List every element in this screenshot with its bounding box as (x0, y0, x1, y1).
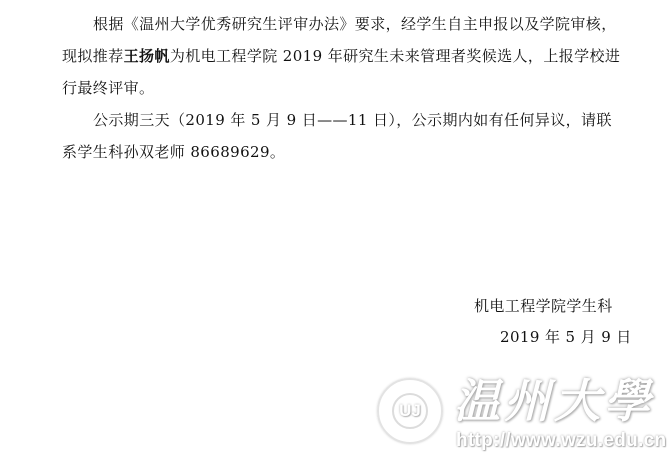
emblem-glyph: UJ (392, 393, 428, 429)
signature-department: 机电工程学院学生科 (474, 290, 613, 322)
signature-date: 2019 年 5 月 9 日 (500, 321, 632, 353)
university-emblem-icon: UJ (377, 378, 443, 444)
notice-paragraph-publicity: 公示期三天（2019 年 5 月 9 日——11 日），公示期内如有任何异议，请… (62, 104, 622, 168)
candidate-name: 王扬帆 (124, 47, 170, 65)
notice-paragraph-recommendation: 根据《温州大学优秀研究生评审办法》要求，经学生自主申报以及学院审核，现拟推荐王扬… (62, 8, 622, 104)
notice-body: 根据《温州大学优秀研究生评审办法》要求，经学生自主申报以及学院审核，现拟推荐王扬… (62, 8, 622, 168)
university-url: http://www.wzu.edu.cn (456, 430, 666, 452)
university-watermark: UJ 温州大學 http://www.wzu.edu.cn (372, 374, 672, 458)
university-name-logo: 温州大學 (454, 374, 654, 428)
